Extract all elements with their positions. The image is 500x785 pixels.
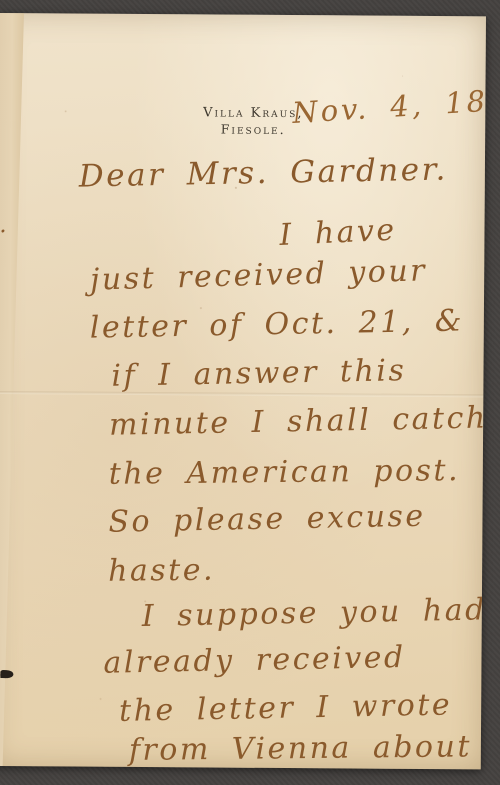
handwriting-line: if I answer this [111, 356, 406, 392]
horizontal-fold-crease [0, 391, 483, 397]
handwriting-line: from Vienna about [129, 732, 472, 766]
handwriting-line: the American post. [109, 456, 461, 490]
handwriting-line: I suppose you had [141, 595, 485, 632]
handwriting-line: I have [279, 216, 398, 251]
salutation-line: Dear Mrs. Gardner. [79, 154, 449, 192]
page-fold-strip [0, 13, 24, 766]
handwriting-line: haste. [108, 556, 215, 587]
handwriting-line: already received [103, 643, 406, 679]
handwriting-line: the letter I wrote [119, 690, 453, 726]
handwriting-line: minute I shall catch [109, 404, 486, 441]
letter-paper: Villa Kraus, Fiesole. Nov. 4, 1896 Dear … [0, 13, 486, 769]
ink-blot [0, 670, 13, 678]
handwriting-line: So please excuse [108, 502, 426, 538]
handwriting-line: just received your [90, 256, 428, 295]
handwritten-date: Nov. 4, 1896 [291, 84, 486, 128]
scan-surface: { "colors": { "background": "#454240", "… [0, 0, 500, 785]
handwriting-line: letter of Oct. 21, & [90, 306, 465, 343]
